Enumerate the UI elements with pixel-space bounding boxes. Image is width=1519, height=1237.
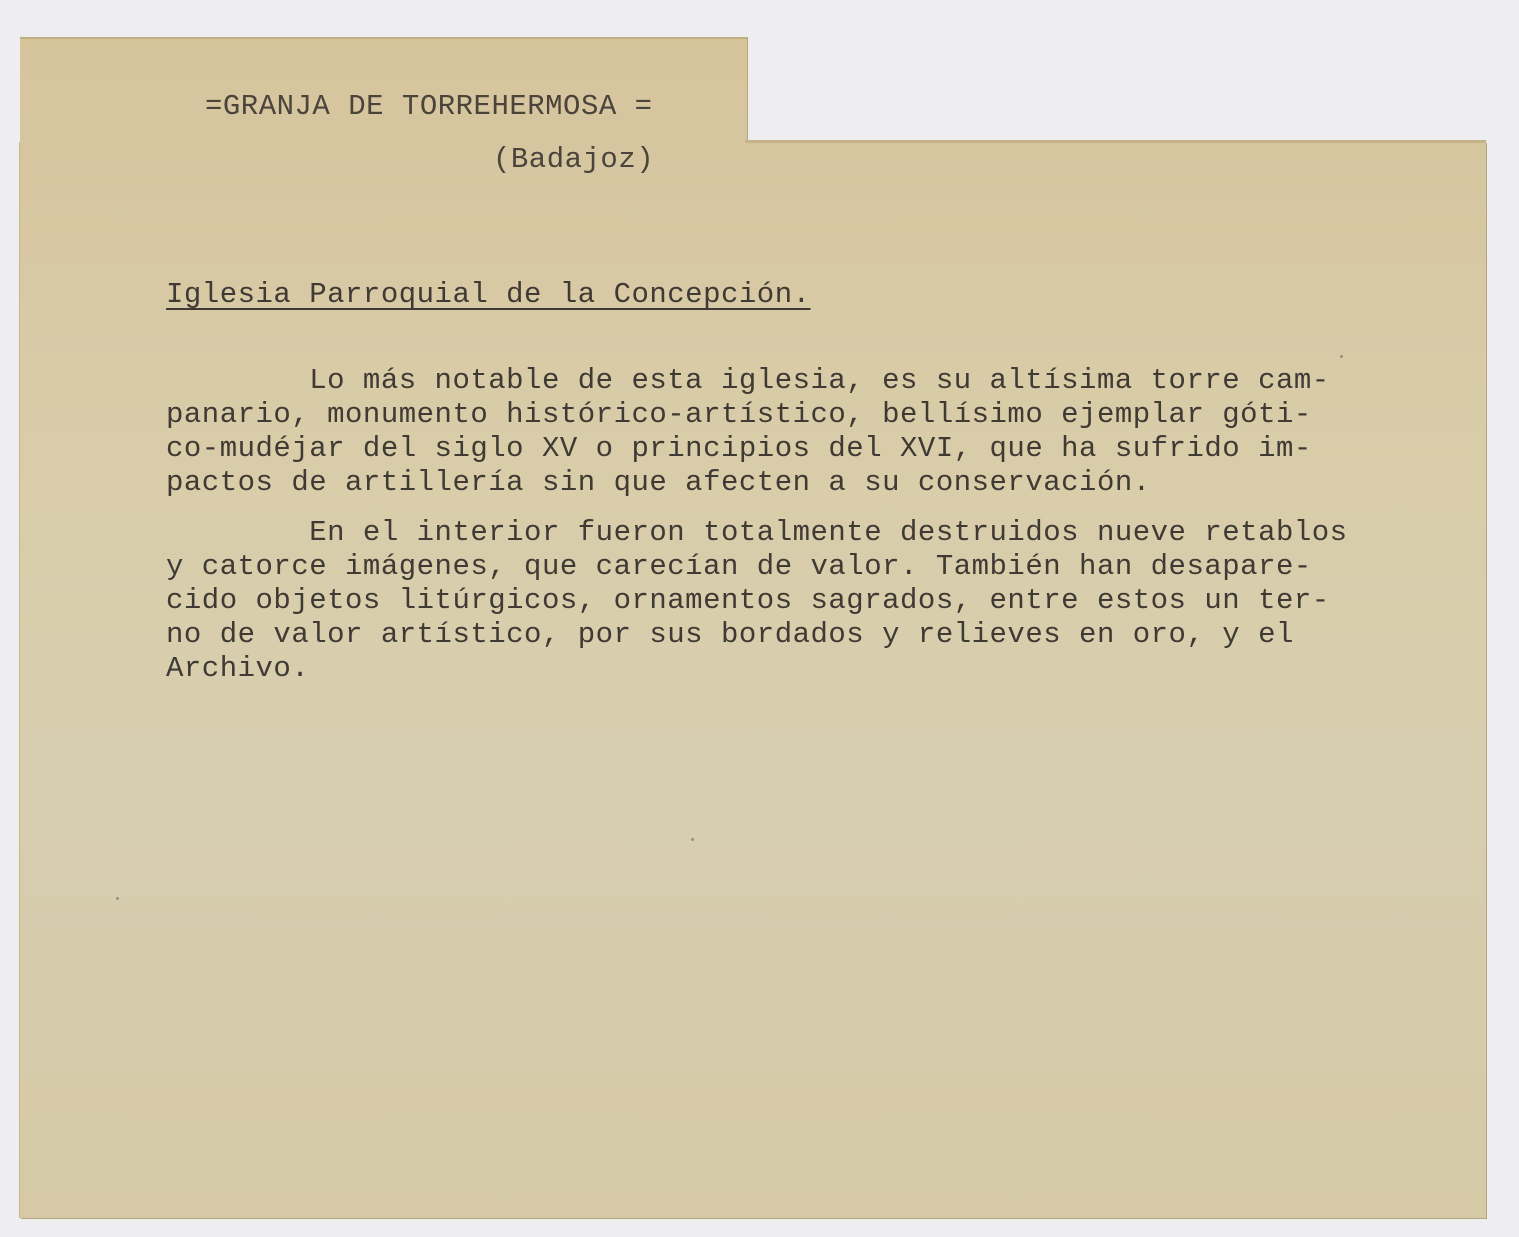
paragraph-line: no de valor artístico, por sus bordados …: [166, 618, 1348, 652]
paper-speck: [691, 838, 694, 841]
paragraph-line: Archivo.: [166, 652, 1348, 686]
province-label: (Badajoz): [493, 143, 654, 176]
paragraph-2: En el interior fueron totalmente destrui…: [166, 516, 1348, 686]
paragraph-line: panario, monumento histórico-artístico, …: [166, 398, 1330, 432]
paragraph-line: Lo más notable de esta iglesia, es su al…: [166, 364, 1330, 398]
paragraph-line: pactos de artillería sin que afecten a s…: [166, 466, 1330, 500]
document-title: =GRANJA DE TORREHERMOSA =: [205, 90, 653, 123]
paragraph-1: Lo más notable de esta iglesia, es su al…: [166, 364, 1330, 500]
paragraph-line: cido objetos litúrgicos, ornamentos sagr…: [166, 584, 1348, 618]
paragraph-line: En el interior fueron totalmente destrui…: [166, 516, 1348, 550]
card-edge: [745, 140, 1486, 143]
paper-speck: [116, 897, 119, 900]
index-card: =GRANJA DE TORREHERMOSA = (Badajoz) Igle…: [0, 0, 1519, 1237]
paragraph-line: co-mudéjar del siglo XV o principios del…: [166, 432, 1330, 466]
paragraph-line: y catorce imágenes, que carecían de valo…: [166, 550, 1348, 584]
paper-speck: [1340, 355, 1343, 358]
church-subtitle: Iglesia Parroquial de la Concepción.: [166, 278, 811, 312]
